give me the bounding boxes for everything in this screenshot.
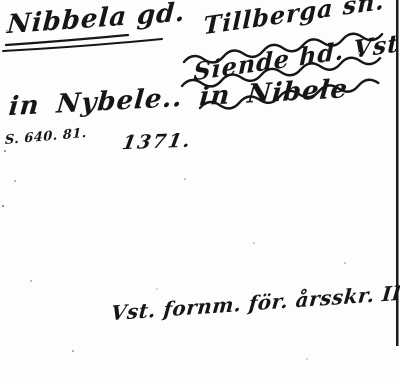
scan-noise [6,30,8,32]
parish-name: Tillberga sn. [203,0,385,38]
headword-type: gd. [136,0,186,31]
headword: Nibbela [6,2,128,41]
headword-line: Nibbelagd. [6,0,186,38]
headword-underline-stroke-2 [3,39,162,51]
year: 1371. [121,132,194,154]
reference-code: S. 640. 81. [5,127,87,147]
index-card: Nibbelagd. Tillberga sn. Siende hd. Vst.… [0,0,400,384]
source-citation: Vst. fornm. för. årsskr. III. [110,281,400,323]
name-forms: in Nybele.. in Nibele [8,76,349,120]
